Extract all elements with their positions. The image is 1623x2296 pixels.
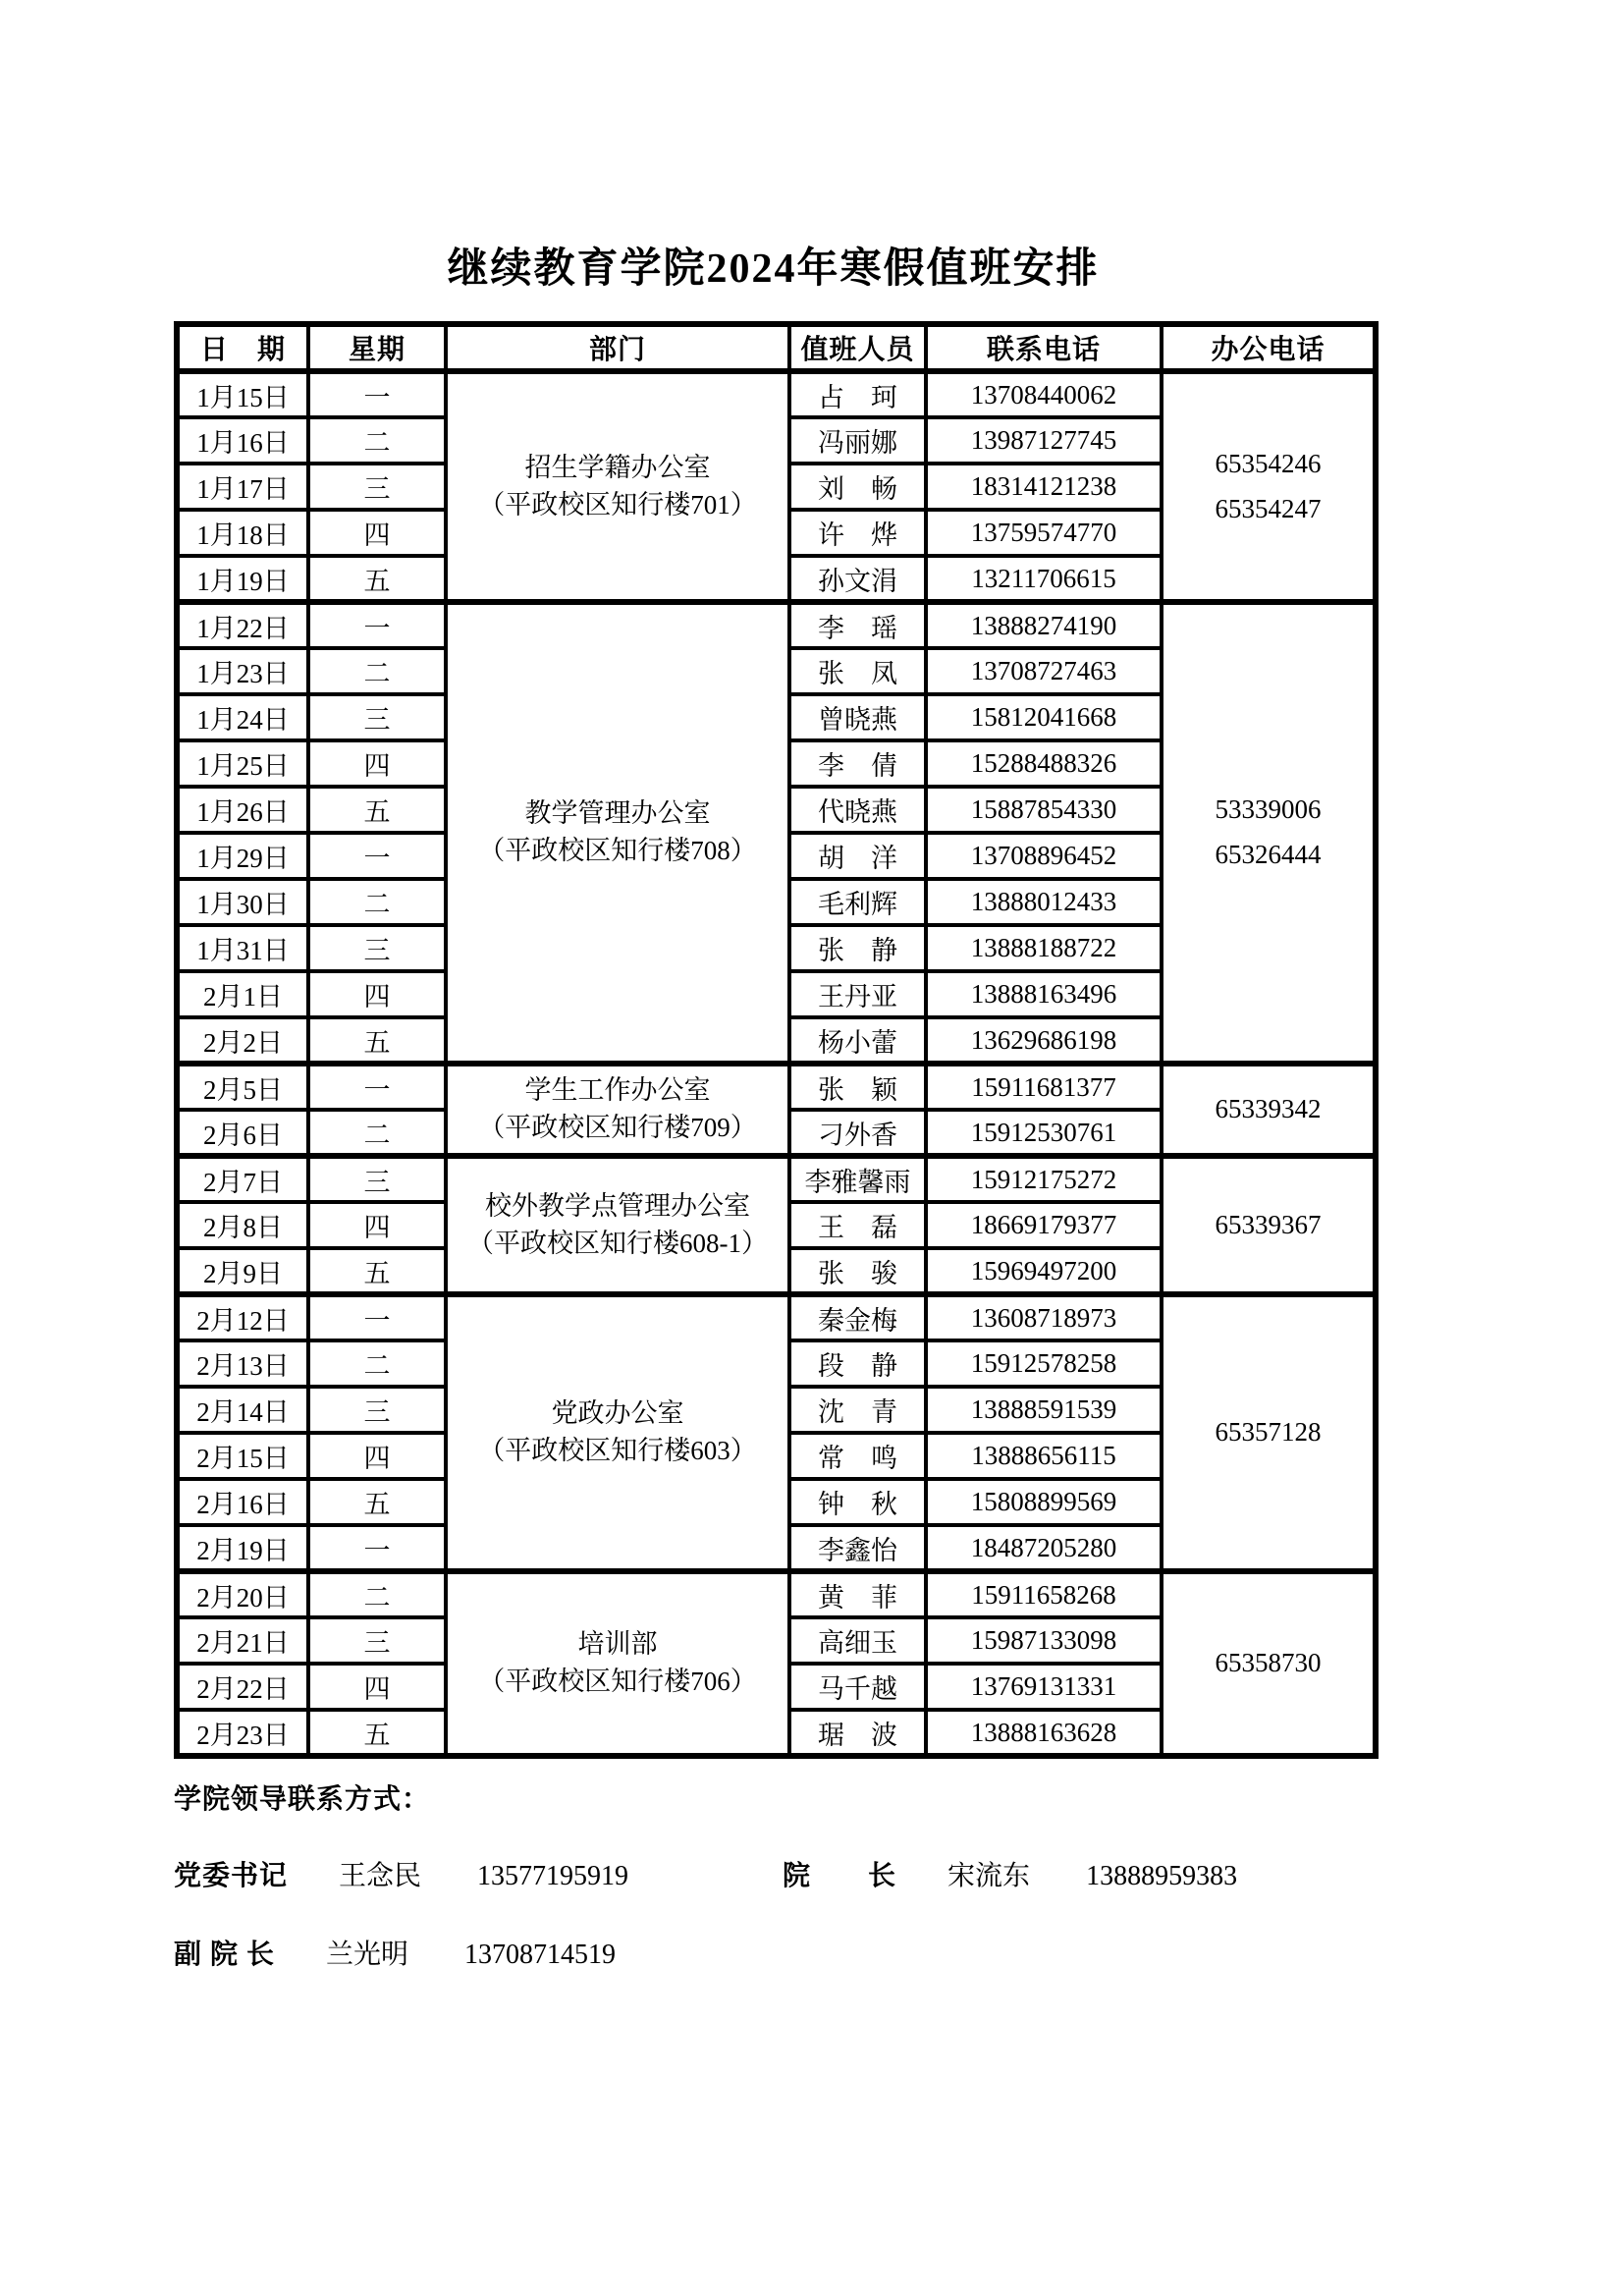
leader-phone: 13577195919 — [477, 1861, 628, 1891]
office-phone-cell: 65339367 — [1162, 1156, 1376, 1294]
department-cell: 学生工作办公室（平政校区知行楼709） — [446, 1064, 789, 1156]
phone-cell: 13888188722 — [926, 925, 1162, 971]
date-cell: 1月31日 — [177, 925, 308, 971]
weekday-cell: 三 — [308, 694, 446, 740]
person-cell: 代晓燕 — [789, 787, 926, 833]
phone-cell: 15911681377 — [926, 1064, 1162, 1110]
person-cell: 黄 菲 — [789, 1571, 926, 1617]
date-cell: 2月14日 — [177, 1387, 308, 1433]
phone-cell: 13608718973 — [926, 1294, 1162, 1340]
leader-name: 宋流东 — [947, 1861, 1030, 1891]
phone-cell: 15912175272 — [926, 1156, 1162, 1202]
weekday-cell: 一 — [308, 1294, 446, 1340]
department-cell: 校外教学点管理办公室（平政校区知行楼608-1） — [446, 1156, 789, 1294]
phone-cell: 13708727463 — [926, 648, 1162, 694]
person-cell: 孙文涓 — [789, 556, 926, 602]
weekday-cell: 一 — [308, 602, 446, 648]
date-cell: 1月26日 — [177, 787, 308, 833]
weekday-cell: 三 — [308, 1387, 446, 1433]
leader-name: 王念民 — [339, 1861, 421, 1891]
weekday-cell: 四 — [308, 1202, 446, 1248]
department-cell: 培训部（平政校区知行楼706） — [446, 1571, 789, 1756]
person-cell: 刁外香 — [789, 1110, 926, 1156]
department-name: 教学管理办公室 — [461, 795, 774, 833]
header-date: 日 期 — [177, 324, 308, 371]
phone-cell: 15887854330 — [926, 787, 1162, 833]
leaders-line-2: 副 院 长 兰光明 13708714519 — [174, 1933, 616, 1972]
department-location: （平政校区知行楼708） — [461, 833, 774, 870]
person-cell: 刘 畅 — [789, 464, 926, 510]
header-department: 部门 — [446, 324, 789, 371]
date-cell: 1月19日 — [177, 556, 308, 602]
date-cell: 2月20日 — [177, 1571, 308, 1617]
weekday-cell: 二 — [308, 879, 446, 925]
date-cell: 2月5日 — [177, 1064, 308, 1110]
date-cell: 2月23日 — [177, 1710, 308, 1756]
phone-cell: 13888163628 — [926, 1710, 1162, 1756]
phone-cell: 13987127745 — [926, 417, 1162, 464]
person-cell: 冯丽娜 — [789, 417, 926, 464]
office-phone-cell: 65358730 — [1162, 1571, 1376, 1756]
department-location: （平政校区知行楼709） — [461, 1110, 774, 1147]
phone-cell: 13888163496 — [926, 971, 1162, 1017]
department-location: （平政校区知行楼706） — [461, 1664, 774, 1701]
date-cell: 1月29日 — [177, 833, 308, 879]
phone-cell: 13759574770 — [926, 510, 1162, 556]
weekday-cell: 五 — [308, 1248, 446, 1294]
date-cell: 2月21日 — [177, 1617, 308, 1664]
weekday-cell: 四 — [308, 510, 446, 556]
department-location: （平政校区知行楼701） — [461, 487, 774, 524]
date-cell: 2月19日 — [177, 1525, 308, 1571]
weekday-cell: 二 — [308, 1110, 446, 1156]
date-cell: 2月6日 — [177, 1110, 308, 1156]
person-cell: 马千越 — [789, 1664, 926, 1710]
person-cell: 琚 波 — [789, 1710, 926, 1756]
person-cell: 段 静 — [789, 1340, 926, 1387]
person-cell: 张 骏 — [789, 1248, 926, 1294]
date-cell: 2月22日 — [177, 1664, 308, 1710]
leaders-heading: 学院领导联系方式： — [174, 1777, 430, 1817]
department-name: 学生工作办公室 — [461, 1072, 774, 1110]
department-location: （平政校区知行楼603） — [461, 1433, 774, 1470]
weekday-cell: 三 — [308, 925, 446, 971]
phone-cell: 15987133098 — [926, 1617, 1162, 1664]
person-cell: 张 颖 — [789, 1064, 926, 1110]
department-cell: 党政办公室（平政校区知行楼603） — [446, 1294, 789, 1571]
phone-cell: 18487205280 — [926, 1525, 1162, 1571]
phone-cell: 13211706615 — [926, 556, 1162, 602]
phone-cell: 13888591539 — [926, 1387, 1162, 1433]
leader-role: 党委书记 — [174, 1861, 288, 1891]
person-cell: 胡 洋 — [789, 833, 926, 879]
weekday-cell: 五 — [308, 787, 446, 833]
person-cell: 秦金梅 — [789, 1294, 926, 1340]
phone-cell: 15912578258 — [926, 1340, 1162, 1387]
phone-cell: 15969497200 — [926, 1248, 1162, 1294]
header-weekday: 星期 — [308, 324, 446, 371]
weekday-cell: 一 — [308, 1064, 446, 1110]
department-name: 培训部 — [461, 1626, 774, 1664]
person-cell: 李 倩 — [789, 740, 926, 787]
leaders-line-1: 党委书记 王念民 13577195919 院 长 宋流东 13888959383 — [174, 1854, 1237, 1893]
weekday-cell: 四 — [308, 1433, 446, 1479]
schedule-row: 2月20日二培训部（平政校区知行楼706）黄 菲1591165826865358… — [177, 1571, 1376, 1617]
person-cell: 毛利辉 — [789, 879, 926, 925]
table-header: 日 期 星期 部门 值班人员 联系电话 办公电话 — [177, 324, 1376, 371]
weekday-cell: 五 — [308, 1479, 446, 1525]
weekday-cell: 二 — [308, 417, 446, 464]
office-phone-cell: 53339006 65326444 — [1162, 602, 1376, 1064]
department-name: 招生学籍办公室 — [461, 450, 774, 487]
phone-cell: 15912530761 — [926, 1110, 1162, 1156]
table-body: 1月15日一招生学籍办公室（平政校区知行楼701）占 珂137084400626… — [177, 371, 1376, 1756]
document-page: 继续教育学院2024年寒假值班安排 日 期 星期 部门 值班人员 联系电话 办公… — [0, 0, 1623, 2296]
person-cell: 李鑫怡 — [789, 1525, 926, 1571]
person-cell: 张 静 — [789, 925, 926, 971]
office-phone-cell: 65354246 65354247 — [1162, 371, 1376, 602]
weekday-cell: 二 — [308, 1340, 446, 1387]
leader-phone: 13708714519 — [464, 1940, 616, 1970]
phone-cell: 13708440062 — [926, 371, 1162, 417]
date-cell: 2月9日 — [177, 1248, 308, 1294]
weekday-cell: 四 — [308, 1664, 446, 1710]
weekday-cell: 三 — [308, 464, 446, 510]
date-cell: 2月2日 — [177, 1017, 308, 1064]
person-cell: 占 珂 — [789, 371, 926, 417]
weekday-cell: 一 — [308, 1525, 446, 1571]
phone-cell: 13769131331 — [926, 1664, 1162, 1710]
date-cell: 1月23日 — [177, 648, 308, 694]
header-office-phone: 办公电话 — [1162, 324, 1376, 371]
person-cell: 张 凤 — [789, 648, 926, 694]
date-cell: 2月7日 — [177, 1156, 308, 1202]
header-person: 值班人员 — [789, 324, 926, 371]
phone-cell: 13888012433 — [926, 879, 1162, 925]
leader-name: 兰光明 — [326, 1940, 408, 1970]
date-cell: 1月30日 — [177, 879, 308, 925]
person-cell: 沈 青 — [789, 1387, 926, 1433]
person-cell: 李 瑶 — [789, 602, 926, 648]
date-cell: 2月15日 — [177, 1433, 308, 1479]
date-cell: 2月13日 — [177, 1340, 308, 1387]
phone-cell: 13629686198 — [926, 1017, 1162, 1064]
leader-role: 院 长 — [783, 1861, 896, 1891]
person-cell: 王丹亚 — [789, 971, 926, 1017]
weekday-cell: 五 — [308, 556, 446, 602]
date-cell: 1月22日 — [177, 602, 308, 648]
date-cell: 2月12日 — [177, 1294, 308, 1340]
date-cell: 1月18日 — [177, 510, 308, 556]
person-cell: 曾晓燕 — [789, 694, 926, 740]
weekday-cell: 五 — [308, 1710, 446, 1756]
schedule-row: 2月7日三校外教学点管理办公室（平政校区知行楼608-1）李雅馨雨1591217… — [177, 1156, 1376, 1202]
department-cell: 教学管理办公室（平政校区知行楼708） — [446, 602, 789, 1064]
person-cell: 钟 秋 — [789, 1479, 926, 1525]
person-cell: 高细玉 — [789, 1617, 926, 1664]
leader-role: 副 院 长 — [174, 1940, 275, 1970]
department-cell: 招生学籍办公室（平政校区知行楼701） — [446, 371, 789, 602]
phone-cell: 15288488326 — [926, 740, 1162, 787]
date-cell: 1月15日 — [177, 371, 308, 417]
date-cell: 2月16日 — [177, 1479, 308, 1525]
date-cell: 1月24日 — [177, 694, 308, 740]
phone-cell: 13708896452 — [926, 833, 1162, 879]
phone-cell: 18669179377 — [926, 1202, 1162, 1248]
weekday-cell: 四 — [308, 971, 446, 1017]
person-cell: 王 磊 — [789, 1202, 926, 1248]
person-cell: 杨小蕾 — [789, 1017, 926, 1064]
phone-cell: 13888274190 — [926, 602, 1162, 648]
person-cell: 李雅馨雨 — [789, 1156, 926, 1202]
date-cell: 1月17日 — [177, 464, 308, 510]
weekday-cell: 三 — [308, 1617, 446, 1664]
duty-schedule-table: 日 期 星期 部门 值班人员 联系电话 办公电话 1月15日一招生学籍办公室（平… — [174, 321, 1379, 1759]
header-row: 日 期 星期 部门 值班人员 联系电话 办公电话 — [177, 324, 1376, 371]
date-cell: 1月25日 — [177, 740, 308, 787]
phone-cell: 15812041668 — [926, 694, 1162, 740]
weekday-cell: 二 — [308, 648, 446, 694]
weekday-cell: 二 — [308, 1571, 446, 1617]
leader-phone: 13888959383 — [1086, 1861, 1237, 1891]
department-name: 党政办公室 — [461, 1395, 774, 1433]
phone-cell: 18314121238 — [926, 464, 1162, 510]
department-name: 校外教学点管理办公室 — [461, 1188, 774, 1226]
schedule-row: 2月12日一党政办公室（平政校区知行楼603）秦金梅13608718973653… — [177, 1294, 1376, 1340]
page-title: 继续教育学院2024年寒假值班安排 — [174, 236, 1373, 295]
weekday-cell: 四 — [308, 740, 446, 787]
office-phone-cell: 65357128 — [1162, 1294, 1376, 1571]
date-cell: 2月1日 — [177, 971, 308, 1017]
department-location: （平政校区知行楼608-1） — [461, 1226, 774, 1263]
phone-cell: 15911658268 — [926, 1571, 1162, 1617]
schedule-row: 1月15日一招生学籍办公室（平政校区知行楼701）占 珂137084400626… — [177, 371, 1376, 417]
phone-cell: 15808899569 — [926, 1479, 1162, 1525]
weekday-cell: 一 — [308, 371, 446, 417]
weekday-cell: 三 — [308, 1156, 446, 1202]
weekday-cell: 五 — [308, 1017, 446, 1064]
person-cell: 常 鸣 — [789, 1433, 926, 1479]
schedule-row: 2月5日一学生工作办公室（平政校区知行楼709）张 颖1591168137765… — [177, 1064, 1376, 1110]
weekday-cell: 一 — [308, 833, 446, 879]
person-cell: 许 烨 — [789, 510, 926, 556]
phone-cell: 13888656115 — [926, 1433, 1162, 1479]
date-cell: 1月16日 — [177, 417, 308, 464]
office-phone-cell: 65339342 — [1162, 1064, 1376, 1156]
header-phone: 联系电话 — [926, 324, 1162, 371]
schedule-row: 1月22日一教学管理办公室（平政校区知行楼708）李 瑶138882741905… — [177, 602, 1376, 648]
date-cell: 2月8日 — [177, 1202, 308, 1248]
